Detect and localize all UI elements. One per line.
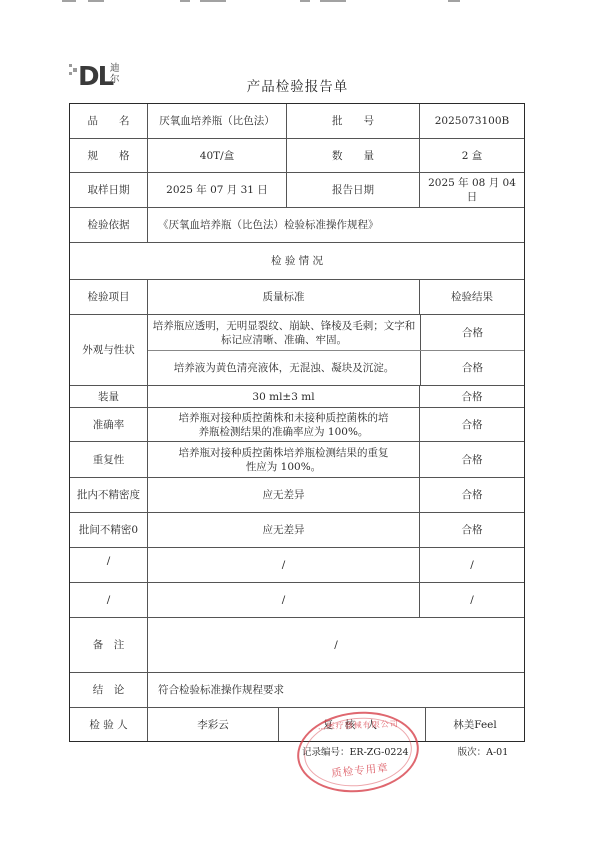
- item-empty-2: /: [70, 583, 147, 617]
- version-number: 版次：A-01: [458, 747, 509, 758]
- remarks-row: 备 注 /: [70, 617, 524, 672]
- report-date-label: 报告日期: [286, 173, 419, 207]
- item-within-batch: 批内不精密度: [70, 478, 147, 512]
- footer-record-info: 记录编号：ER-ZG-0224 版次：A-01: [302, 744, 508, 758]
- section-title-row: 检 验 情 况: [70, 242, 524, 279]
- basis-value: 《厌氧血培养瓶（比色法）检验标准操作规程》: [147, 208, 524, 242]
- report-date-value: 2025 年 08 月 04 日: [419, 173, 524, 207]
- standard-accuracy: 培养瓶对接种质控菌株和未接种质控菌株的培养瓶检测结果的准确率应为 100%。: [147, 408, 419, 441]
- sampling-date-label: 取样日期: [70, 173, 147, 207]
- result-between-batch: 合格: [419, 513, 524, 547]
- spec-value: 40T/盒: [147, 139, 286, 172]
- column-header-item: 检验项目: [70, 280, 147, 314]
- item-volume: 装量: [70, 386, 147, 407]
- standard-volume: 30 ml±3 ml: [147, 386, 419, 407]
- standard-bottle: 培养瓶应透明，无明显裂纹、崩缺、锋棱及毛刺；文字和标记应清晰、准确、牢固。: [148, 315, 420, 350]
- result-accuracy: 合格: [419, 408, 524, 441]
- info-row-product: 品 名 厌氧血培养瓶（比色法） 批 号 2025073100B: [70, 104, 524, 138]
- result-repeatability: 合格: [419, 442, 524, 477]
- conclusion-label: 结 论: [70, 673, 147, 707]
- result-empty-1: /: [419, 548, 524, 582]
- table-row-accuracy: 准确率 培养瓶对接种质控菌株和未接种质控菌株的培养瓶检测结果的准确率应为 100…: [70, 407, 524, 441]
- product-name-value: 厌氧血培养瓶（比色法）: [147, 104, 286, 138]
- record-number: 记录编号：ER-ZG-0224: [302, 747, 409, 758]
- inspection-report-table: 品 名 厌氧血培养瓶（比色法） 批 号 2025073100B 规 格 40T/…: [69, 103, 525, 742]
- quantity-value: 2 盒: [419, 139, 524, 172]
- table-row-volume: 装量 30 ml±3 ml 合格: [70, 385, 524, 407]
- scan-artifacts: [0, 0, 595, 4]
- standard-empty-1: /: [147, 548, 419, 582]
- item-accuracy: 准确率: [70, 408, 147, 441]
- signature-row: 检 验 人 李彩云 复 核 人 林美Feel: [70, 707, 524, 741]
- reviewer-name: 林美Feel: [425, 708, 524, 741]
- item-between-batch: 批间不精密0: [70, 513, 147, 547]
- spec-label: 规 格: [70, 139, 147, 172]
- column-header-result: 检验结果: [419, 280, 524, 314]
- section-title: 检 验 情 况: [70, 243, 524, 279]
- table-row-empty-2: / / /: [70, 582, 524, 617]
- remarks-label: 备 注: [70, 618, 147, 672]
- inspector-name: 李彩云: [147, 708, 278, 741]
- basis-row: 检验依据 《厌氧血培养瓶（比色法）检验标准操作规程》: [70, 207, 524, 242]
- table-row-repeatability: 重复性 培养瓶对接种质控菌株培养瓶检测结果的重复性应为 100%。 合格: [70, 441, 524, 477]
- item-empty-1: /: [70, 548, 147, 582]
- item-repeatability: 重复性: [70, 442, 147, 477]
- product-name-label: 品 名: [70, 104, 147, 138]
- standard-repeatability: 培养瓶对接种质控菌株培养瓶检测结果的重复性应为 100%。: [147, 442, 419, 477]
- inspector-label: 检 验 人: [70, 708, 147, 741]
- conclusion-row: 结 论 符合检验标准操作规程要求: [70, 672, 524, 707]
- quantity-label: 数 量: [286, 139, 419, 172]
- remarks-value: /: [147, 618, 524, 672]
- conclusion-value: 符合检验标准操作规程要求: [147, 673, 524, 707]
- standard-within-batch: 应无差异: [147, 478, 419, 512]
- standard-between-batch: 应无差异: [147, 513, 419, 547]
- result-empty-2: /: [419, 583, 524, 617]
- document-title: 产品检验报告单: [0, 75, 595, 95]
- batch-no-label: 批 号: [286, 104, 419, 138]
- standard-liquid: 培养液为黄色清亮液体，无混浊、凝块及沉淀。: [148, 351, 420, 385]
- standard-empty-2: /: [147, 583, 419, 617]
- result-within-batch: 合格: [419, 478, 524, 512]
- table-row-within-batch: 批内不精密度 应无差异 合格: [70, 477, 524, 512]
- info-row-spec: 规 格 40T/盒 数 量 2 盒: [70, 138, 524, 172]
- batch-no-value: 2025073100B: [419, 104, 524, 138]
- sampling-date-value: 2025 年 07 月 31 日: [147, 173, 286, 207]
- column-header-standard: 质量标准: [147, 280, 419, 314]
- item-appearance: 外观与性状: [70, 315, 147, 385]
- sub-row-bottle: 培养瓶应透明，无明显裂纹、崩缺、锋棱及毛刺；文字和标记应清晰、准确、牢固。 合格: [148, 315, 524, 350]
- table-row-appearance: 外观与性状 培养瓶应透明，无明显裂纹、崩缺、锋棱及毛刺；文字和标记应清晰、准确、…: [70, 314, 524, 385]
- result-volume: 合格: [419, 386, 524, 407]
- result-liquid: 合格: [420, 351, 524, 385]
- sub-row-liquid: 培养液为黄色清亮液体，无混浊、凝块及沉淀。 合格: [148, 350, 524, 385]
- info-row-dates: 取样日期 2025 年 07 月 31 日 报告日期 2025 年 08 月 0…: [70, 172, 524, 207]
- result-bottle: 合格: [420, 315, 524, 350]
- basis-label: 检验依据: [70, 208, 147, 242]
- table-row-between-batch: 批间不精密0 应无差异 合格: [70, 512, 524, 547]
- column-header-row: 检验项目 质量标准 检验结果: [70, 279, 524, 314]
- table-row-empty-1: / / /: [70, 547, 524, 582]
